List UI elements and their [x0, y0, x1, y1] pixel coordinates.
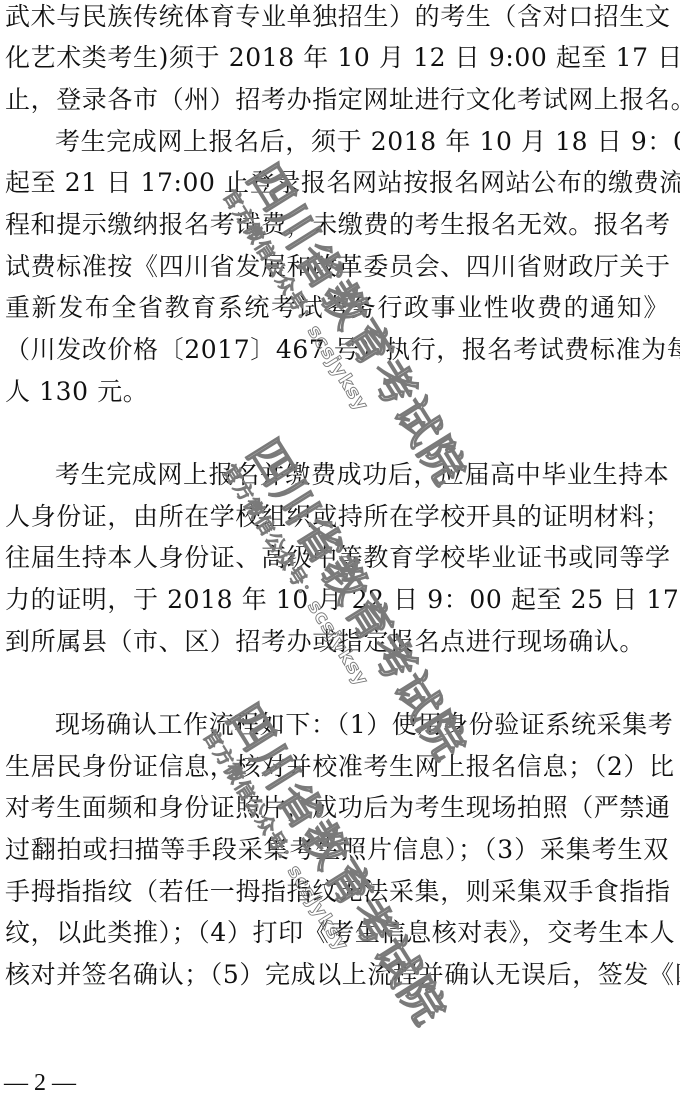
watermark: 四川省教育考试院 官方微信公众号：scsjyksy — [196, 690, 465, 1048]
text-line: 纹，以此类推）；（4）打印《考生信息核对表》，交考生本人 — [5, 916, 669, 950]
text-line: 化艺术类考生)须于 2018 年 10 月 12 日 9:00 起至 17 日 … — [5, 41, 669, 75]
text-line: 人身份证，由所在学校组织或持所在学校开具的证明材料； — [5, 500, 669, 534]
page-number: — 2 — — [4, 1068, 76, 1098]
text-line: 生居民身份证信息，核对并校准考生网上报名信息；（2）比 — [5, 750, 669, 784]
text-line: 起至 21 日 17:00 止登录报名网站按报名网站公布的缴费流 — [5, 166, 669, 200]
text-line: 手拇指指纹（若任一拇指指纹无法采集，则采集双手食指指 — [5, 875, 669, 909]
text-line: 核对并签名确认；（5）完成以上流程并确认无误后，签发《四 — [5, 958, 669, 992]
text-line: 程和提示缴纳报名考试费，未缴费的考生报名无效。报名考 — [5, 208, 669, 242]
text-line: 力的证明，于 2018 年 10 月 22 日 9：00 起至 25 日 17:… — [5, 583, 669, 617]
paragraph-start-line: 考生完成网上报名后，须于 2018 年 10 月 18 日 9：00 — [55, 125, 669, 159]
text-line: 止，登录各市（州）招考办指定网址进行文化考试网上报名。 — [5, 83, 669, 117]
paragraph-start-line: 现场确认工作流程如下：（1）使用身份验证系统采集考 — [55, 708, 669, 742]
text-line: 到所属县（市、区）招考办或指定报名点进行现场确认。 — [5, 625, 669, 659]
text-line: 重新发布全省教育系统考试考务行政事业性收费的通知》 — [5, 291, 669, 325]
text-line: （川发改价格〔2017〕467 号）执行，报名考试费标准为每 — [5, 333, 669, 367]
text-line: 武术与民族传统体育专业单独招生）的考生（含对口招生文 — [5, 0, 669, 34]
text-line: 对考生面频和身份证照片，成功后为考生现场拍照（严禁通 — [5, 791, 669, 825]
text-line: 试费标准按《四川省发展和改革委员会、四川省财政厅关于 — [5, 250, 669, 284]
paragraph-start-line: 考生完成网上报名并缴费成功后，应届高中毕业生持本 — [55, 458, 669, 492]
text-line: 过翻拍或扫描等手段采集考生照片信息）；（3）采集考生双 — [5, 833, 669, 867]
text-line: 往届生持本人身份证、高级中等教育学校毕业证书或同等学 — [5, 541, 669, 575]
text-line: 人 130 元。 — [5, 375, 669, 409]
document-page: 武术与民族传统体育专业单独招生）的考生（含对口招生文 化艺术类考生)须于 201… — [0, 0, 680, 1100]
watermark: 四川省教育考试院 官方微信公众号：scsjyksy — [216, 150, 485, 508]
